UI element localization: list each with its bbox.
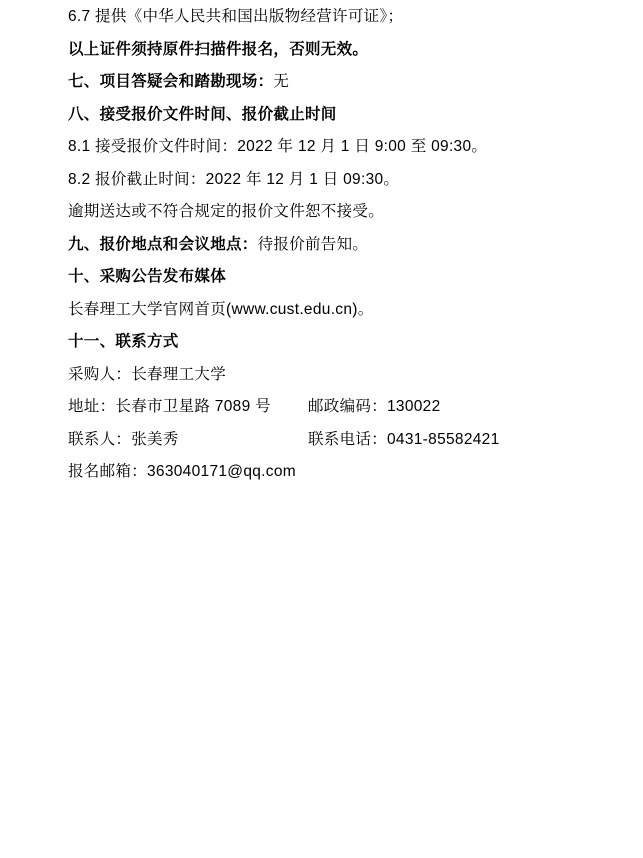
contact-row: 联系人：张美秀联系电话：0431-85582421 <box>68 432 608 449</box>
postcode-value: 邮政编码：130022 <box>308 398 441 415</box>
section-9-value: 待报价前告知。 <box>258 236 369 253</box>
contact-phone-value: 联系电话：0431-85582421 <box>308 431 500 448</box>
purchaser-line: 采购人：长春理工大学 <box>68 367 608 384</box>
clause-6-7-license: 6.7 提供《中华人民共和国出版物经营许可证》； <box>68 9 608 26</box>
section-7-value: 无 <box>273 73 289 90</box>
clause-8-2-deadline: 8.2 报价截止时间：2022 年 12 月 1 日 09:30。 <box>68 172 608 189</box>
address-row: 地址：长春市卫星路 7089 号邮政编码：130022 <box>68 399 608 416</box>
section-7-row: 七、项目答疑会和踏勘现场：无 <box>68 74 608 91</box>
section-9-row: 九、报价地点和会议地点：待报价前告知。 <box>68 237 608 254</box>
section-11-heading: 十一、联系方式 <box>68 334 608 351</box>
clause-8-1-acceptance-time: 8.1 接受报价文件时间：2022 年 12 月 1 日 9:00 至 09:3… <box>68 139 608 156</box>
section-10-heading: 十、采购公告发布媒体 <box>68 269 608 286</box>
section-7-heading: 七、项目答疑会和踏勘现场： <box>68 73 273 90</box>
section-8-heading: 八、接受报价文件时间、报价截止时间 <box>68 107 608 124</box>
announcement-media-line: 长春理工大学官网首页(www.cust.edu.cn)。 <box>68 302 608 319</box>
registration-email-line: 报名邮箱：363040171@qq.com <box>68 464 608 481</box>
address-value: 地址：长春市卫星路 7089 号 <box>68 399 308 416</box>
contact-person-value: 联系人：张美秀 <box>68 432 308 449</box>
original-scan-required-notice: 以上证件须持原件扫描件报名，否则无效。 <box>68 42 608 59</box>
late-submission-notice: 逾期送达或不符合规定的报价文件恕不接受。 <box>68 204 608 221</box>
section-9-heading: 九、报价地点和会议地点： <box>68 236 258 253</box>
document-page: 6.7 提供《中华人民共和国出版物经营许可证》； 以上证件须持原件扫描件报名，否… <box>68 9 608 497</box>
